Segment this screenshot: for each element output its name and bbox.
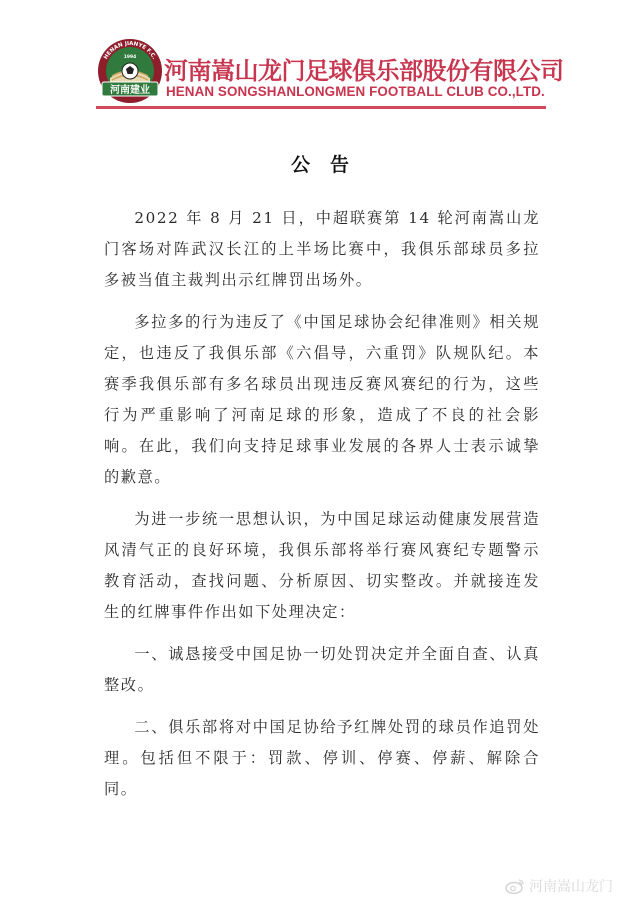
club-logo-icon: 1994 HENAN JIANYE F.C. 河南建业: [96, 38, 164, 106]
svg-text:1994: 1994: [124, 54, 137, 60]
paragraph-incident: 2022 年 8 月 21 日，中超联赛第 14 轮河南嵩山龙门客场对阵武汉长江…: [104, 203, 540, 296]
document-body: 2022 年 8 月 21 日，中超联赛第 14 轮河南嵩山龙门客场对阵武汉长江…: [104, 203, 540, 816]
paragraph-measures: 为进一步统一思想认识，为中国足球运动健康发展营造风清气正的良好环境，我俱乐部将举…: [104, 504, 540, 628]
watermark-text: 河南嵩山龙门: [529, 876, 613, 896]
company-name-en: HENAN SONGSHANLONGMEN FOOTBALL CLUB CO.,…: [166, 84, 545, 100]
letterhead: 1994 HENAN JIANYE F.C. 河南建业 河南嵩山龙门足球俱乐部股…: [94, 36, 554, 108]
weibo-icon: [505, 878, 525, 894]
paragraph-decision-1: 一、诚恳接受中国足协一切处罚决定并全面自查、认真整改。: [104, 639, 540, 701]
document-title: 公告: [0, 150, 640, 177]
company-name-cn: 河南嵩山龙门足球俱乐部股份有限公司: [164, 58, 564, 84]
paragraph-violation-apology: 多拉多的行为违反了《中国足球协会纪律准则》相关规定，也违反了我俱乐部《六倡导，六…: [104, 307, 540, 493]
svg-text:河南建业: 河南建业: [110, 83, 150, 96]
weibo-watermark: 河南嵩山龙门: [505, 876, 613, 896]
header-divider: [96, 106, 546, 109]
paragraph-decision-2: 二、俱乐部将对中国足协给予红牌处罚的球员作追罚处理。包括但不限于：罚款、停训、停…: [104, 712, 540, 805]
